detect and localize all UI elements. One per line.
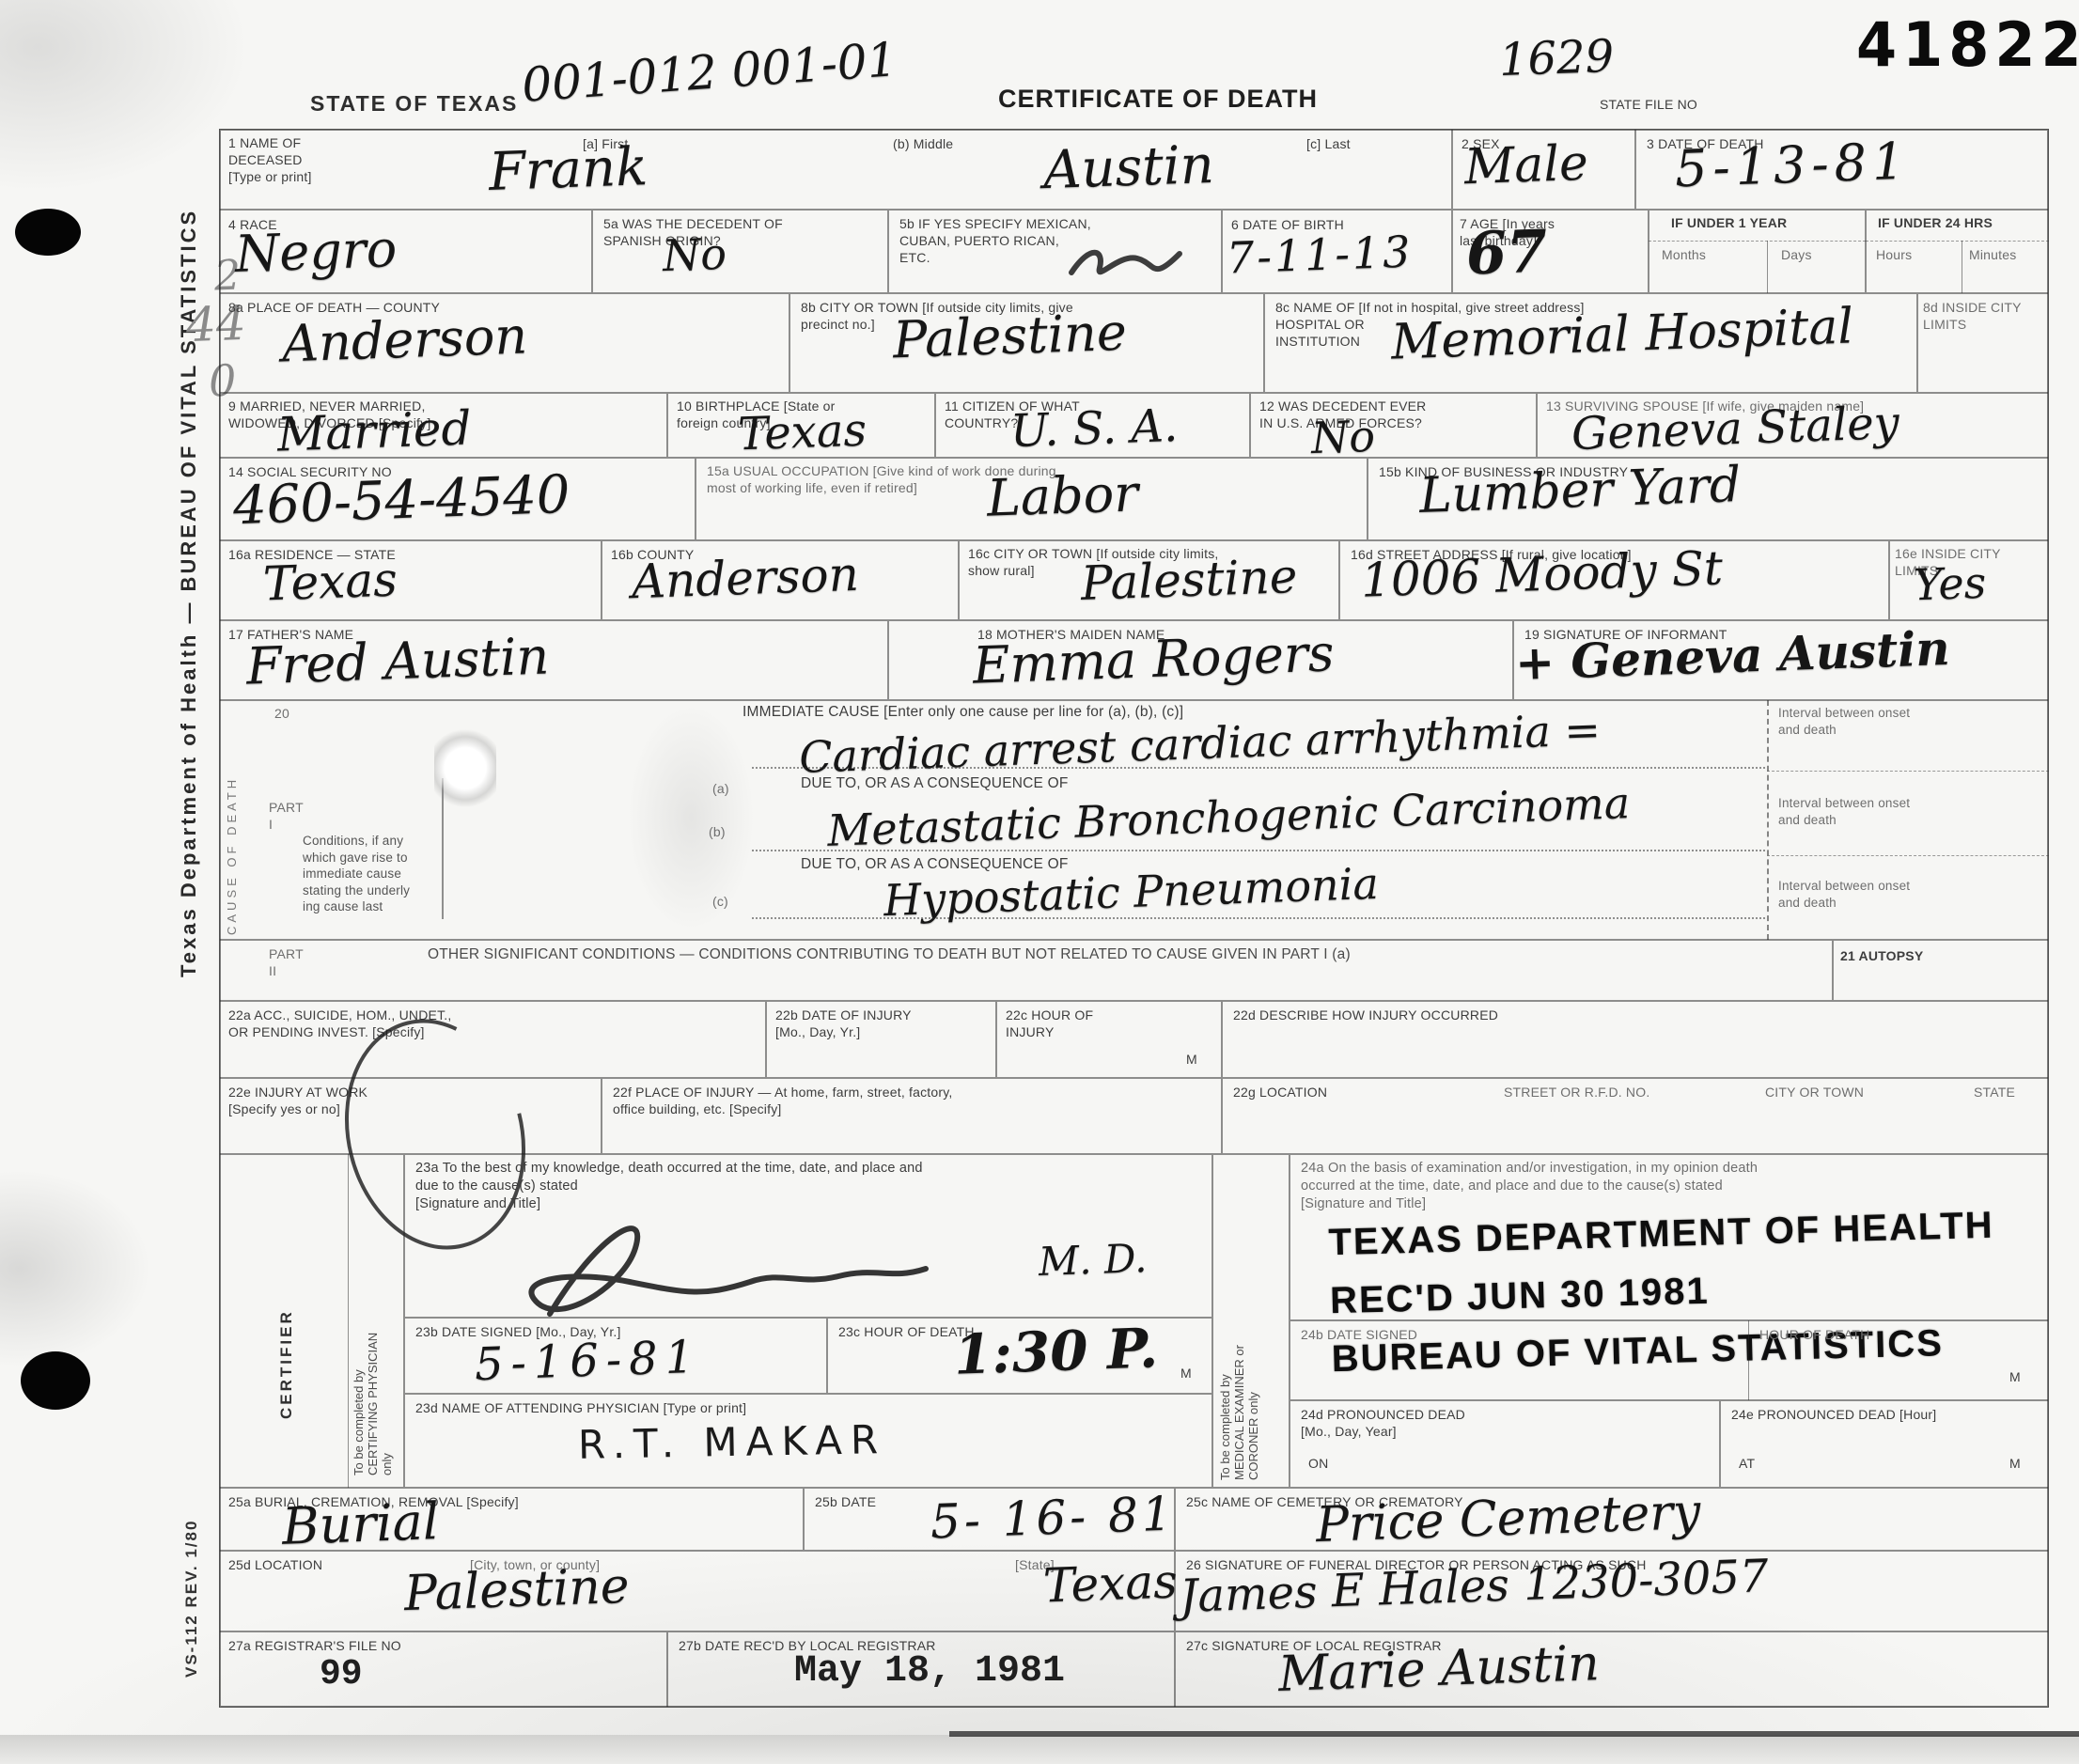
attending-physician-label: 23d NAME OF ATTENDING PHYSICIAN [Type or… <box>415 1399 746 1416</box>
cause-number-label: 20 <box>274 705 289 722</box>
cause-line-c-rule <box>752 883 1765 919</box>
spanish-origin-value: No <box>662 228 727 281</box>
injury-hour-label: 22c HOUR OF INJURY <box>1006 1007 1093 1040</box>
minutes-label: Minutes <box>1969 246 2016 263</box>
me-date-signed-label: 24b DATE SIGNED <box>1301 1326 1417 1343</box>
stamped-certificate-number: 41822 <box>1856 6 2079 86</box>
sex-value: Male <box>1463 135 1589 196</box>
scanner-edge-band <box>0 1735 2079 1764</box>
cause-line-a-label: (a) <box>712 780 729 797</box>
certifying-physician-vertical-label: To be completed by CERTIFYING PHYSICIAN … <box>352 1165 400 1475</box>
res-inside-city-value: Yes <box>1913 557 1987 611</box>
attending-physician-value: R.T. MAKAR <box>578 1416 887 1468</box>
cause-of-death-vertical-label: CAUSE OF DEATH <box>225 714 247 935</box>
pronounced-dead-m-label: M <box>2009 1455 2021 1472</box>
pod-inside-city-label: 8d INSIDE CITY LIMITS <box>1923 299 2022 333</box>
father-value: Fred Austin <box>245 626 550 695</box>
injury-date-label: 22b DATE OF INJURY [Mo., Day, Yr.] <box>775 1007 912 1040</box>
burial-date-value: 5- 16- 81 <box>930 1486 1177 1549</box>
injury-city-label: CITY OR TOWN <box>1765 1084 1864 1101</box>
months-label: Months <box>1662 246 1706 263</box>
injury-how-label: 22d DESCRIBE HOW INJURY OCCURRED <box>1233 1007 1498 1023</box>
physician-signature-suffix: M. D. <box>1038 1235 1148 1285</box>
pod-city-value: Palestine <box>892 303 1128 370</box>
local-registrar-signature: Marie Austin <box>1277 1635 1601 1703</box>
burial-location-city-value: Palestine <box>403 1558 630 1622</box>
interval-label-c: Interval between onset and death <box>1778 878 1910 911</box>
cell-name <box>219 129 1452 210</box>
physician-certification-label: 23a To the best of my knowledge, death o… <box>415 1160 923 1213</box>
state-file-no-label: STATE FILE NO <box>1600 96 1697 113</box>
medical-examiner-vertical-label: To be completed by MEDICAL EXAMINER or C… <box>1218 1170 1274 1480</box>
death-certificate-scan: STATE OF TEXAS 001-012 001-01 CERTIFICAT… <box>0 0 2079 1764</box>
autopsy-label: 21 AUTOPSY <box>1840 947 1923 964</box>
date-signed-value: 5-16-81 <box>474 1331 702 1391</box>
hour-of-death-value: 1:30 P. <box>953 1316 1159 1387</box>
injury-place-label: 22f PLACE OF INJURY — At home, farm, str… <box>613 1084 953 1117</box>
interval-label-a: Interval between onset and death <box>1778 705 1910 738</box>
first-name-value: Frank <box>488 136 649 203</box>
certificate-title: CERTIFICATE OF DEATH <box>998 83 1318 116</box>
armed-forces-value: No <box>1310 411 1376 463</box>
part2-text: OTHER SIGNIFICANT CONDITIONS — CONDITION… <box>428 945 1351 964</box>
last-name-value: Austin <box>1042 134 1215 201</box>
form-code-vertical-label: VS-112 REV. 1/80 <box>182 1457 211 1678</box>
cause-line-b-label: (b) <box>709 823 726 840</box>
hours-minutes-divider <box>1962 241 1962 293</box>
burial-value: Burial <box>281 1491 440 1556</box>
age-value: 67 <box>1465 217 1549 289</box>
occupation-value: Labor <box>986 463 1139 528</box>
registrar-file-no-label: 27a REGISTRAR'S FILE NO <box>228 1637 401 1654</box>
under-24-hrs-divider <box>1866 241 2049 242</box>
state-of-texas-label: STATE OF TEXAS <box>310 90 518 118</box>
due-to-label-1: DUE TO, OR AS A CONSEQUENCE OF <box>801 774 1069 793</box>
cause-line-a-rule <box>752 733 1765 769</box>
handwritten-local-code: 001-012 001-01 <box>520 32 899 113</box>
immediate-cause-label: IMMEDIATE CAUSE [Enter only one cause pe… <box>742 703 1183 722</box>
pronounced-dead-date-label: 24d PRONOUNCED DEAD [Mo., Day, Year] <box>1301 1406 1465 1440</box>
scanner-edge-line <box>949 1731 2079 1737</box>
cause-line-c-label: (c) <box>712 893 728 910</box>
part2-label: PART II <box>269 945 304 979</box>
months-days-divider <box>1767 241 1768 293</box>
pronounced-dead-at-label: AT <box>1739 1455 1755 1472</box>
under-24-hrs-label: IF UNDER 24 HRS <box>1878 214 1993 231</box>
race-value: Negro <box>234 219 398 284</box>
registrar-date-value: May 18, 1981 <box>794 1650 1065 1693</box>
interval-label-b: Interval between onset and death <box>1778 795 1910 828</box>
marital-value: Married <box>276 400 472 461</box>
interval-divider-2 <box>1767 855 2049 856</box>
birthplace-value: Texas <box>737 404 868 461</box>
me-hour-of-death-label: HOUR OF DEATH <box>1759 1326 1869 1343</box>
certifier-strip-divider <box>348 1154 349 1488</box>
ssn-value: 460-54-4540 <box>232 464 571 537</box>
date-of-death-value: 5-13-81 <box>1674 132 1911 199</box>
hour-of-death-m-label: M <box>1180 1365 1192 1382</box>
last-name-sublabel: [c] Last <box>1306 135 1351 152</box>
pen-mark-5b <box>1062 226 1203 291</box>
injury-location-label: 22g LOCATION <box>1233 1084 1327 1101</box>
mother-value: Emma Rogers <box>972 623 1335 695</box>
burial-location-label: 25d LOCATION <box>228 1556 322 1573</box>
under-1-year-divider <box>1649 241 1866 242</box>
pronounced-dead-on-label: ON <box>1308 1455 1328 1472</box>
interval-divider-1 <box>1767 771 2049 772</box>
date-of-birth-value: 7-11-13 <box>1226 226 1414 284</box>
middle-name-sublabel: (b) Middle <box>893 135 953 152</box>
punch-hole-bottom <box>21 1351 90 1410</box>
pronounced-dead-hour-label: 24e PRONOUNCED DEAD [Hour] <box>1731 1406 1936 1423</box>
punch-hole-top <box>15 209 81 256</box>
handwritten-file-number: 1629 <box>1498 30 1615 86</box>
citizen-value: U. S. A. <box>1009 399 1179 458</box>
res-county-value: Anderson <box>631 547 860 609</box>
days-label: Days <box>1781 246 1812 263</box>
me-hour-m-label: M <box>2009 1368 2021 1385</box>
hours-label: Hours <box>1876 246 1912 263</box>
part1-label: PART I <box>269 799 304 833</box>
injury-hour-m-label: M <box>1186 1051 1197 1068</box>
industry-value: Lumber Yard <box>1418 457 1742 524</box>
scan-white-blob <box>434 724 496 813</box>
physician-signature-scribble <box>508 1212 1034 1320</box>
injury-street-label: STREET OR R.F.D. NO. <box>1504 1084 1649 1101</box>
cause-line-b-rule <box>752 816 1765 851</box>
field-name-label: 1 NAME OF DECEASED [Type or print] <box>228 134 312 186</box>
conditions-note: Conditions, if any which gave rise to im… <box>303 833 410 915</box>
res-city-value: Palestine <box>1080 549 1298 611</box>
res-state-value: Texas <box>262 553 399 612</box>
registrar-file-no-value: 99 <box>320 1654 363 1694</box>
pod-county-value: Anderson <box>281 305 528 373</box>
injury-state-label: STATE <box>1974 1084 2015 1101</box>
cell-24b-divider <box>1748 1320 1749 1400</box>
bureau-vertical-label: Texas Department of Health — BUREAU OF V… <box>177 113 211 977</box>
burial-location-state-value: Texas <box>1042 1554 1179 1614</box>
certifier-vertical-label: CERTIFIER <box>277 1217 309 1419</box>
interval-column-divider <box>1767 700 1769 940</box>
burial-date-label: 25b DATE <box>815 1493 876 1510</box>
under-1-year-label: IF UNDER 1 YEAR <box>1671 214 1787 231</box>
